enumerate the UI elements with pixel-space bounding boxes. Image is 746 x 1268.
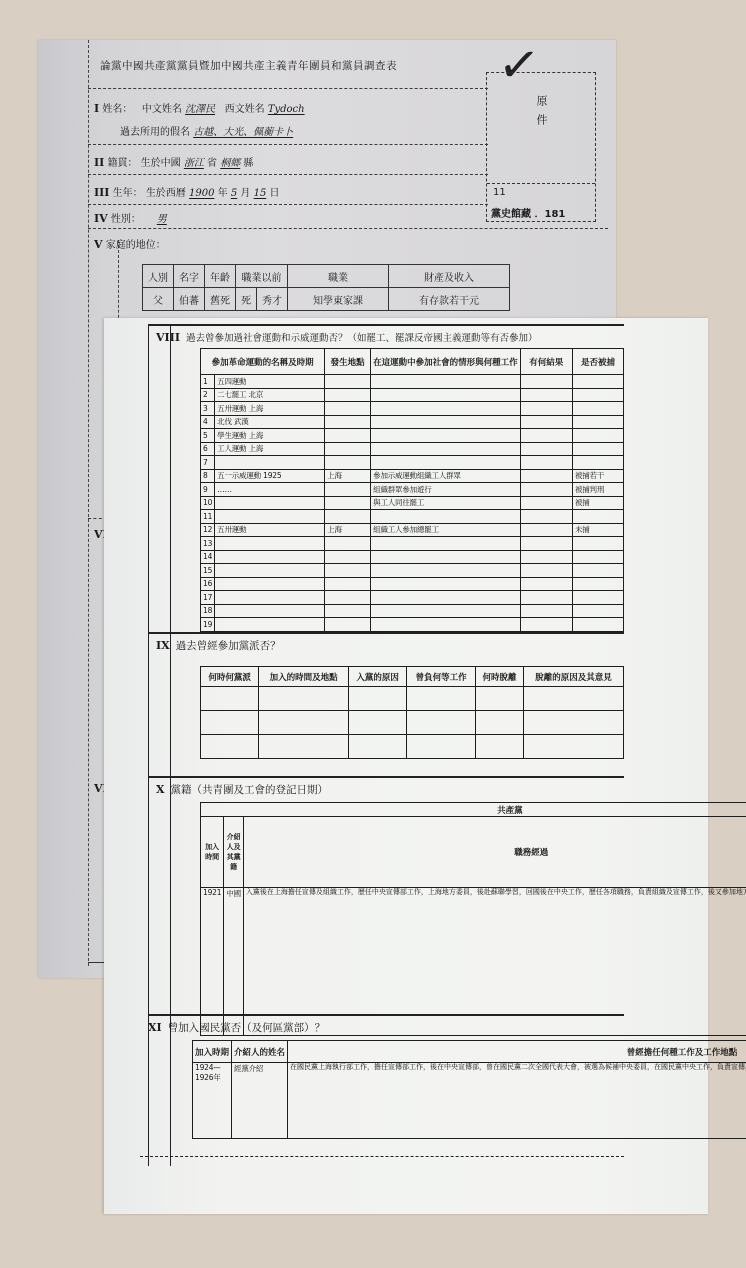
table-cell bbox=[520, 591, 572, 605]
table-row: 4北伐 武漢 bbox=[201, 415, 624, 429]
front-inner-rule bbox=[170, 326, 171, 1166]
table-cell bbox=[215, 550, 325, 564]
table-cell: 上海 bbox=[325, 469, 371, 483]
table-cell bbox=[371, 591, 521, 605]
table-cell bbox=[572, 510, 623, 524]
divider bbox=[88, 88, 488, 89]
table-cell bbox=[215, 604, 325, 618]
table-cell bbox=[371, 375, 521, 389]
table-row: 11 bbox=[201, 510, 624, 524]
row-number: 16 bbox=[201, 577, 215, 591]
section-birth: III 生年： 生於西曆 1900 年 5 月 15 日 bbox=[94, 184, 280, 199]
table-cell bbox=[215, 456, 325, 470]
table-row bbox=[201, 687, 624, 711]
section-ix-question: IX過去曾經參加黨派否？ bbox=[156, 638, 281, 653]
table-row: 3五卅運動 上海 bbox=[201, 402, 624, 416]
table-row: 13 bbox=[201, 537, 624, 551]
section-x-question: X黨籍（共青團及工會的登記日期） bbox=[156, 782, 328, 797]
alias-value: 古越、大光、佩蘅卡卜 bbox=[193, 127, 293, 138]
stamp-vertical-text: 原件 bbox=[533, 95, 549, 133]
table-cell bbox=[572, 388, 623, 402]
table-cell bbox=[371, 456, 521, 470]
table-cell bbox=[520, 469, 572, 483]
stamp-divider bbox=[487, 183, 595, 184]
table-row: 15 bbox=[201, 564, 624, 578]
table-cell bbox=[215, 564, 325, 578]
table-cell bbox=[371, 415, 521, 429]
table-cell: 五卅運動 bbox=[215, 523, 325, 537]
table-row: 12五卅運動上海組織工人參加總罷工未捕 bbox=[201, 523, 624, 537]
divider bbox=[88, 228, 608, 229]
table-cell: 工人運動 上海 bbox=[215, 442, 325, 456]
table-cell: 北伐 武漢 bbox=[215, 415, 325, 429]
divider bbox=[148, 632, 624, 634]
table-cell bbox=[215, 618, 325, 632]
table-cell bbox=[325, 618, 371, 632]
section-xi-question: XI曾加入國民黨否（及何區黨部）？ bbox=[148, 1020, 325, 1035]
back-page-left-rule bbox=[88, 40, 89, 966]
table-cell bbox=[520, 537, 572, 551]
front-left-rule bbox=[148, 326, 149, 1166]
table-cell bbox=[325, 415, 371, 429]
table-cell bbox=[325, 564, 371, 578]
table-cell bbox=[325, 510, 371, 524]
table-cell bbox=[520, 510, 572, 524]
row-number: 15 bbox=[201, 564, 215, 578]
table-cell bbox=[325, 537, 371, 551]
table-cell bbox=[371, 510, 521, 524]
row-number: 17 bbox=[201, 591, 215, 605]
divider bbox=[148, 776, 624, 778]
row-number: 7 bbox=[201, 456, 215, 470]
row-number: 4 bbox=[201, 415, 215, 429]
row-number: 13 bbox=[201, 537, 215, 551]
divider bbox=[140, 1156, 624, 1157]
table-cell bbox=[215, 496, 325, 510]
birth-day-value: 15 bbox=[254, 188, 267, 199]
table-row: 7 bbox=[201, 456, 624, 470]
table-row: 18 bbox=[201, 604, 624, 618]
table-cell bbox=[520, 429, 572, 443]
table-cell bbox=[325, 496, 371, 510]
alias-row: 過去所用的假名 古越、大光、佩蘅卡卜 bbox=[120, 123, 293, 138]
table-cell bbox=[325, 577, 371, 591]
table-cell: 未捕 bbox=[572, 523, 623, 537]
table-row: 9……組織群眾參加遊行被捕判刑 bbox=[201, 483, 624, 497]
table-cell: 組織群眾參加遊行 bbox=[371, 483, 521, 497]
table-cell: 五一示威運動 1925 bbox=[215, 469, 325, 483]
table-row: 19 bbox=[201, 618, 624, 632]
divider bbox=[88, 204, 488, 205]
table-cell bbox=[325, 483, 371, 497]
table-cell bbox=[520, 604, 572, 618]
row-number: 1 bbox=[201, 375, 215, 389]
table-cell bbox=[520, 618, 572, 632]
province-value: 浙江 bbox=[184, 158, 204, 169]
section-family: V 家庭的地位： bbox=[94, 236, 166, 251]
table-cell bbox=[215, 577, 325, 591]
table-cell bbox=[371, 429, 521, 443]
table-row: 14 bbox=[201, 550, 624, 564]
table-row: 17 bbox=[201, 591, 624, 605]
birth-year-value: 1900 bbox=[189, 188, 214, 199]
table-cell bbox=[371, 388, 521, 402]
front-page: VIII過去曾參加過社會運動和示威運動否？（如罷工、罷課反帝國主義運動等有否參加… bbox=[104, 318, 708, 1214]
divider bbox=[148, 1014, 624, 1016]
table-row: 1924—1926年 經黨介紹 在國民黨上海執行部工作，擔任宣傳部工作，後在中央… bbox=[193, 1063, 746, 1139]
table-cell bbox=[572, 415, 623, 429]
table-cell: 與工人同往罷工 bbox=[371, 496, 521, 510]
table-cell: 學生運動 上海 bbox=[215, 429, 325, 443]
table-cell bbox=[325, 388, 371, 402]
table-cell bbox=[520, 388, 572, 402]
table-row: 8五一示威運動 1925上海參加示威運動組織工人群眾被捕若干 bbox=[201, 469, 624, 483]
table-cell: 五四運動 bbox=[215, 375, 325, 389]
membership-table: 共產黨 青年團 職工會 加入時間 介紹人及其黨籍 職務經過 加入時間 介紹人及其… bbox=[200, 802, 746, 1036]
table-cell bbox=[572, 429, 623, 443]
table-cell bbox=[520, 402, 572, 416]
table-cell: 參加示威運動組織工人群眾 bbox=[371, 469, 521, 483]
table-cell bbox=[325, 375, 371, 389]
row-number: 18 bbox=[201, 604, 215, 618]
table-cell bbox=[520, 456, 572, 470]
table-cell bbox=[572, 604, 623, 618]
table-cell: 五卅運動 上海 bbox=[215, 402, 325, 416]
table-row bbox=[201, 735, 624, 759]
table-cell bbox=[572, 456, 623, 470]
birth-month-value: 5 bbox=[231, 188, 237, 199]
table-cell: …… bbox=[215, 483, 325, 497]
table-cell bbox=[572, 537, 623, 551]
table-cell bbox=[520, 523, 572, 537]
table-cell bbox=[572, 550, 623, 564]
table-cell bbox=[371, 577, 521, 591]
table-cell bbox=[371, 618, 521, 632]
table-cell bbox=[572, 375, 623, 389]
row-number: 6 bbox=[201, 442, 215, 456]
form-title: 論黨中國共產黨黨員暨加中國共產主義青年團員和黨員調查表 bbox=[100, 58, 520, 73]
row-number: 5 bbox=[201, 429, 215, 443]
table-cell bbox=[572, 591, 623, 605]
archive-number: 黨史館藏 ．181 bbox=[491, 205, 565, 220]
table-cell bbox=[325, 429, 371, 443]
table-cell bbox=[371, 537, 521, 551]
table-cell bbox=[520, 375, 572, 389]
table-cell bbox=[572, 402, 623, 416]
table-cell bbox=[325, 402, 371, 416]
table-cell bbox=[520, 496, 572, 510]
table-cell bbox=[520, 577, 572, 591]
table-cell bbox=[572, 618, 623, 632]
table-cell: 組織工人參加總罷工 bbox=[371, 523, 521, 537]
family-table: 人別 名字 年齡 職業以前 職業 財產及收入 父 伯蕃 舊死 死 秀才 知學東家… bbox=[142, 264, 510, 311]
table-cell bbox=[371, 604, 521, 618]
section-native-place: II 籍貫： 生於中國 浙江 省 桐鄉 縣 bbox=[94, 154, 253, 169]
family-table-row: 父 伯蕃 舊死 死 秀才 知學東家課 有存款若干元 bbox=[143, 288, 510, 311]
table-cell bbox=[572, 442, 623, 456]
kmt-table: 加入時期 介紹人的姓名 曾經擔任何種工作及工作地點 脫離的原因及時期 1924—… bbox=[192, 1040, 746, 1139]
table-cell bbox=[371, 550, 521, 564]
archive-stamp-box: 原件 11 黨史館藏 ．181 bbox=[486, 72, 596, 222]
table-cell: 二七罷工 北京 bbox=[215, 388, 325, 402]
row-number: 11 bbox=[201, 510, 215, 524]
table-row: 5學生運動 上海 bbox=[201, 429, 624, 443]
section-number: I bbox=[94, 102, 99, 115]
stamp-mark: 11 bbox=[493, 187, 506, 198]
table-cell bbox=[215, 591, 325, 605]
chinese-name-value: 沈澤民 bbox=[185, 104, 215, 115]
divider bbox=[148, 324, 624, 326]
table-cell bbox=[215, 537, 325, 551]
parties-table: 何時何黨派 加入的時間及地點 入黨的原因 曾負何等工作 何時脫離 脫離的原因及其… bbox=[200, 666, 624, 759]
family-table-header: 人別 名字 年齡 職業以前 職業 財產及收入 bbox=[143, 265, 510, 288]
table-cell bbox=[371, 402, 521, 416]
table-cell bbox=[325, 604, 371, 618]
table-cell bbox=[520, 550, 572, 564]
table-row: 10與工人同往罷工被捕 bbox=[201, 496, 624, 510]
row-number: 12 bbox=[201, 523, 215, 537]
table-cell: 被捕判刑 bbox=[572, 483, 623, 497]
row-number: 3 bbox=[201, 402, 215, 416]
table-cell bbox=[325, 456, 371, 470]
table-cell bbox=[371, 564, 521, 578]
table-cell bbox=[572, 564, 623, 578]
row-number: 10 bbox=[201, 496, 215, 510]
divider bbox=[88, 174, 488, 175]
divider bbox=[88, 144, 488, 145]
table-cell: 被捕若干 bbox=[572, 469, 623, 483]
table-cell bbox=[520, 415, 572, 429]
table-row bbox=[201, 711, 624, 735]
table-row: 2二七罷工 北京 bbox=[201, 388, 624, 402]
western-name-value: Tydoch bbox=[268, 104, 305, 115]
table-cell bbox=[325, 550, 371, 564]
table-cell: 上海 bbox=[325, 523, 371, 537]
movements-table-header: 參加革命運動的名稱及時期 發生地點 在這運動中參加社會的情形與何種工作 有何結果… bbox=[201, 349, 624, 375]
section-viii-question: VIII過去曾參加過社會運動和示威運動否？（如罷工、罷課反帝國主義運動等有否參加… bbox=[156, 330, 538, 344]
table-cell bbox=[215, 510, 325, 524]
movements-table: 參加革命運動的名稱及時期 發生地點 在這運動中參加社會的情形與何種工作 有何結果… bbox=[200, 348, 624, 632]
table-cell bbox=[520, 564, 572, 578]
county-value: 桐鄉 bbox=[220, 158, 240, 169]
sex-value: 男 bbox=[157, 214, 167, 225]
table-row: 6工人運動 上海 bbox=[201, 442, 624, 456]
row-number: 2 bbox=[201, 388, 215, 402]
table-row: 16 bbox=[201, 577, 624, 591]
table-cell bbox=[520, 483, 572, 497]
row-number: 8 bbox=[201, 469, 215, 483]
table-cell bbox=[572, 577, 623, 591]
row-number: 14 bbox=[201, 550, 215, 564]
row-number: 9 bbox=[201, 483, 215, 497]
section-sex: IV 性別： 男 bbox=[94, 210, 167, 225]
table-cell bbox=[520, 442, 572, 456]
table-cell bbox=[371, 442, 521, 456]
row-number: 19 bbox=[201, 618, 215, 632]
table-row: 1五四運動 bbox=[201, 375, 624, 389]
table-cell bbox=[325, 591, 371, 605]
section-name: I 姓名： 中文姓名 沈澤民 西文姓名 Tydoch bbox=[94, 100, 305, 115]
table-cell bbox=[325, 442, 371, 456]
table-cell: 被捕 bbox=[572, 496, 623, 510]
